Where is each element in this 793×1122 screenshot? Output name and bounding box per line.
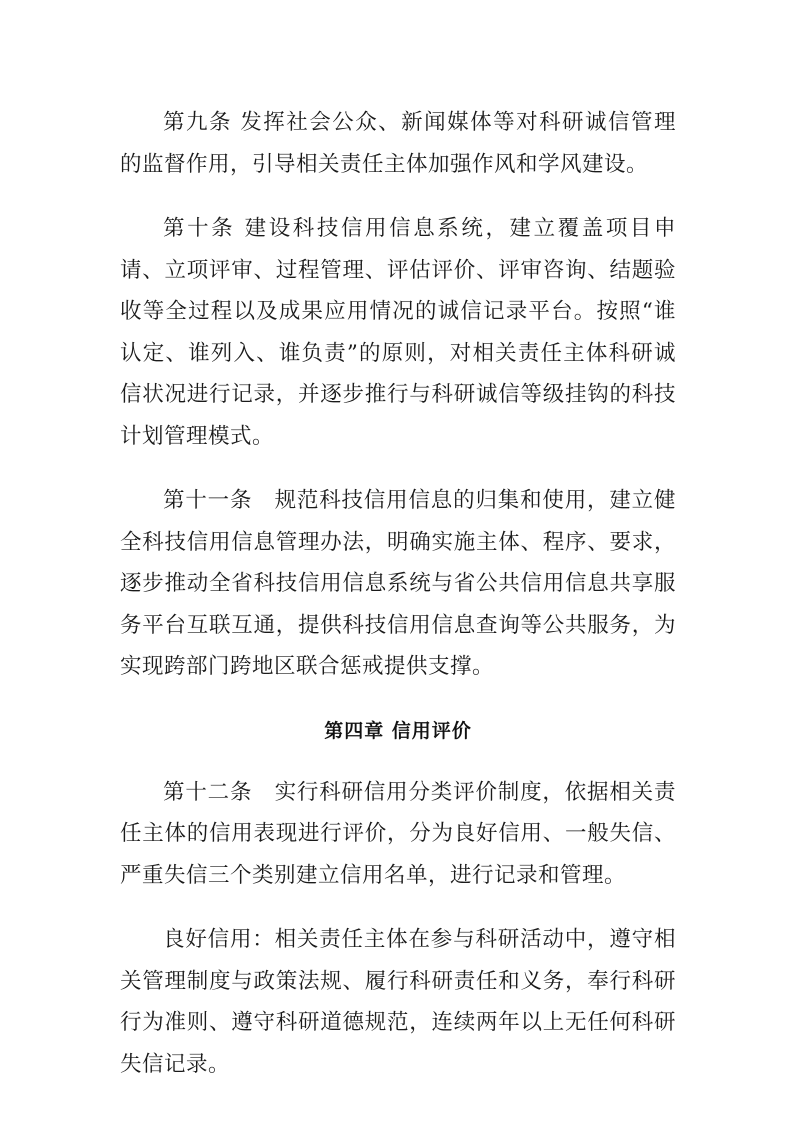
article-10-paragraph: 第十条 建设科技信用信息系统，建立覆盖项目申请、立项评审、过程管理、评估评价、评… [120,208,676,457]
chapter-title: 第四章 信用评价 [120,711,676,752]
document-page: 第九条 发挥社会公众、新闻媒体等对科研诚信管理的监督作用，引导相关责任主体加强作… [120,102,676,1108]
article-9-paragraph: 第九条 发挥社会公众、新闻媒体等对科研诚信管理的监督作用，引导相关责任主体加强作… [120,102,676,185]
article-11-paragraph: 第十一条 规范科技信用信息的归集和使用，建立健全科技信用信息管理办法，明确实施主… [120,480,676,688]
good-credit-paragraph: 良好信用：相关责任主体在参与科研活动中，遵守相关管理制度与政策法规、履行科研责任… [120,919,676,1085]
article-12-paragraph: 第十二条 实行科研信用分类评价制度，依据相关责任主体的信用表现进行评价，分为良好… [120,772,676,897]
